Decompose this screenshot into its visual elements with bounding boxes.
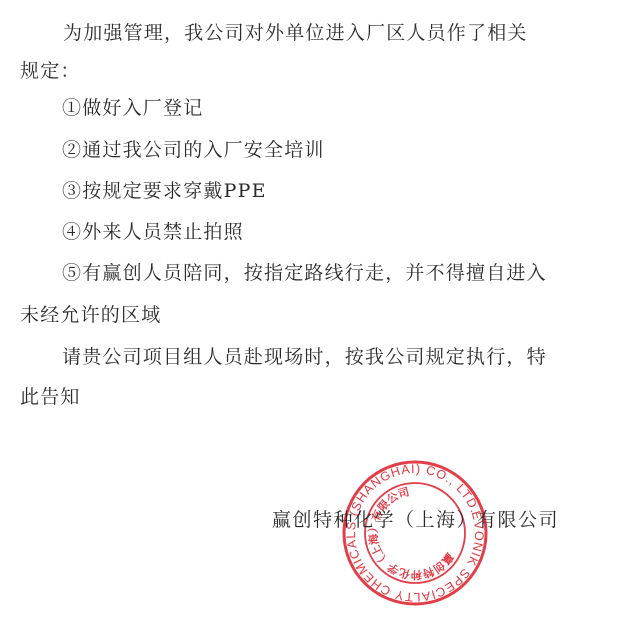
company-signature: 赢创特种化学（上海）有限公司 (272, 508, 559, 532)
rule-item-1: ①做好入厂登记 (62, 97, 203, 119)
closing-paragraph: 请贵公司项目组人员赴现场时，按我公司规定执行，特 (62, 346, 547, 368)
rule-item-4: ④外来人员禁止拍照 (62, 221, 244, 243)
rule-item-5: ⑤有赢创人员陪同，按指定路线行走，并不得擅自进入 (62, 262, 547, 284)
closing-paragraph-cont: 此告知 (20, 386, 81, 408)
rule-item-3: ③按规定要求穿戴PPE (62, 180, 267, 202)
rule-item-2: ②通过我公司的入厂安全培训 (62, 139, 325, 161)
rule-item-5-cont: 未经允许的区域 (20, 304, 161, 326)
company-seal-stamp: EVONIK SPECIALTY CHEMICALS (SHANGHAI) CO… (341, 459, 489, 607)
paragraph-intro: 为加强管理，我公司对外单位进入厂区人员作了相关 (63, 22, 528, 44)
paragraph-intro-cont: 规定： (20, 60, 81, 82)
